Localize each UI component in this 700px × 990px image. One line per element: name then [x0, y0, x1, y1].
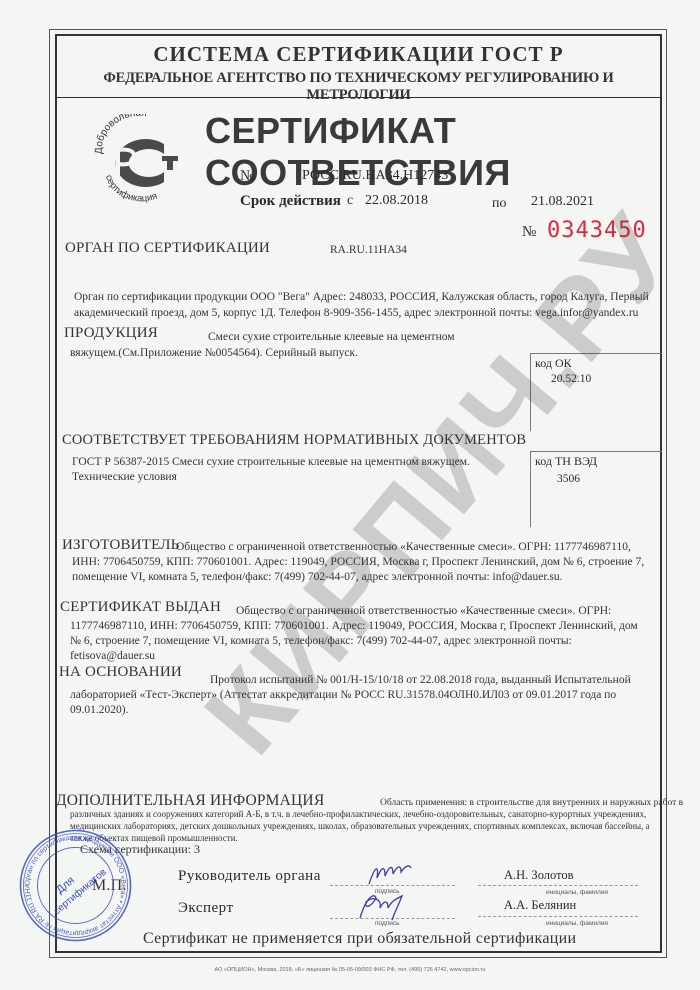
number-sign: № — [240, 168, 254, 185]
okpd-code-value: 20.52.10 — [531, 371, 662, 385]
certificate-title: СЕРТИФИКАТ СООТВЕТСТВИЯ — [205, 110, 700, 194]
compliance-line-1: ГОСТ Р 56387-2015 Смеси сухие строительн… — [72, 455, 470, 470]
certification-body-line-2: академический проезд, дом 5, корпус 1Д. … — [74, 306, 664, 321]
head-name: А.Н. Золотов — [504, 868, 574, 883]
printer-info: АО «ОПЦИОН», Москва, 2018, «Б» лицензия … — [0, 967, 700, 973]
issued-to-heading: СЕРТИФИКАТ ВЫДАН — [60, 599, 221, 616]
okpd-code-label: код ОК — [531, 354, 662, 371]
manufacturer-line-3: помещение VI, комната 5, телефон/факс: 7… — [72, 570, 563, 585]
validity-label: Срок действия — [240, 193, 341, 210]
tnved-code-value: 3506 — [531, 469, 662, 485]
basis-line-3: 09.01.2020). — [70, 703, 128, 718]
head-of-body-label: Руководитель органа — [178, 868, 321, 885]
basis-line-2: лабораторией «Тест-Эксперт» (Аттестат ак… — [70, 688, 616, 703]
issued-to-line-1: Общество с ограниченной ответственностью… — [236, 604, 611, 619]
head-name-caption: инициалы, фамилия — [546, 889, 608, 896]
compliance-line-2: Технические условия — [72, 470, 177, 485]
basis-line-1: Протокол испытаний № 001/Н-15/10/18 от 2… — [210, 673, 631, 688]
expert-signature-caption: подпись — [375, 920, 400, 927]
organization-stamp-icon: Орган по сертификации продукции ООО «Вег… — [18, 828, 133, 943]
validity-to-label: по — [492, 196, 507, 212]
validity-to-date: 21.08.2021 — [531, 194, 594, 210]
head-signature-icon — [365, 860, 415, 890]
product-line-2: вяжущем.(См.Приложение №0054564). Серийн… — [70, 346, 358, 361]
certificate-number: РОСС RU.НА34.Н12743 — [302, 168, 448, 184]
manufacturer-line-2: ИНН: 7706450759, КПП: 770601001. Адрес: … — [72, 555, 644, 570]
compliance-heading: СООТВЕТСТВУЕТ ТРЕБОВАНИЯМ НОРМАТИВНЫХ ДО… — [62, 432, 526, 449]
okpd-code-box: код ОК 20.52.10 — [530, 353, 662, 431]
manufacturer-heading: ИЗГОТОВИТЕЛЬ — [62, 537, 179, 554]
validity-from-label: с — [347, 193, 353, 209]
certification-body-code: RA.RU.11НА34 — [330, 243, 407, 258]
certification-body-line-1: Орган по сертификации продукции ООО "Вег… — [74, 290, 664, 305]
tnved-code-label: код ТН ВЭД — [531, 452, 662, 469]
expert-name-line — [478, 916, 638, 917]
issued-to-line-4: fetisova@dauer.su — [70, 649, 155, 664]
agency-title: ФЕДЕРАЛЬНОЕ АГЕНТСТВО ПО ТЕХНИЧЕСКОМУ РЕ… — [55, 70, 662, 104]
additional-info-line-2: различных зданиях и сооружениях категори… — [70, 808, 646, 821]
issued-to-line-3: № 6, строение 7, помещение VI, комната 5… — [70, 634, 572, 649]
manufacturer-line-1: Общество с ограниченной ответственностью… — [176, 540, 631, 555]
validity-from-date: 22.08.2018 — [365, 193, 428, 209]
expert-name: А.А. Белянин — [504, 898, 576, 913]
system-title: СИСТЕМА СЕРТИФИКАЦИИ ГОСТ Р — [55, 42, 662, 67]
additional-info-line-3: медицинских лабораториях, детских дошкол… — [70, 820, 650, 833]
issued-to-line-2: 1177746987110, ИНН: 7706450759, КПП: 770… — [70, 619, 638, 634]
blank-number-sign: № — [522, 224, 536, 241]
product-heading: ПРОДУКЦИЯ — [64, 325, 158, 342]
certification-body-heading: ОРГАН ПО СЕРТИФИКАЦИИ — [65, 240, 270, 257]
expert-signature-icon — [352, 888, 412, 922]
product-line-1: Смеси сухие строительные клеевые на цеме… — [208, 330, 455, 345]
expert-name-caption: инициалы, фамилия — [546, 920, 608, 927]
basis-heading: НА ОСНОВАНИИ — [59, 664, 182, 681]
rst-logo-icon: Добровольная сертификация — [92, 114, 188, 204]
voluntary-certification-note: Сертификат не применяется при обязательн… — [143, 930, 576, 948]
tnved-code-box: код ТН ВЭД 3506 — [530, 451, 662, 527]
head-name-line — [478, 885, 638, 886]
blank-serial-number: 0343450 — [547, 218, 647, 243]
expert-label: Эксперт — [178, 900, 234, 917]
